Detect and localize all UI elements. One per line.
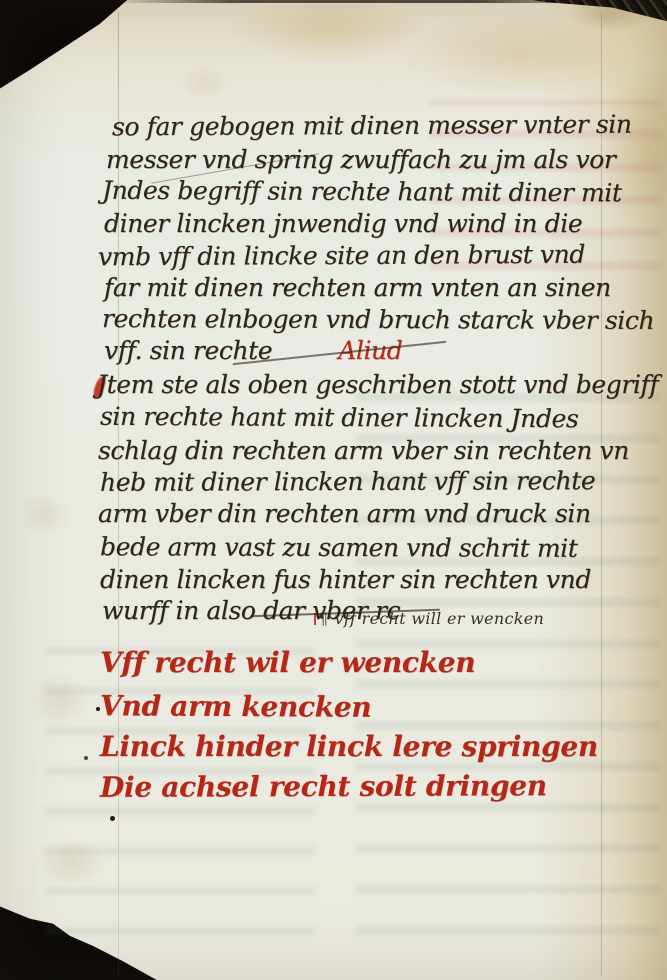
gloss-line: ¶vff recht will er wencken bbox=[314, 611, 544, 627]
ink-dot bbox=[96, 707, 100, 711]
binding-cord-top-right bbox=[519, 0, 667, 32]
text-line: rechten elnbogen vnd bruch starck vber s… bbox=[102, 305, 654, 336]
binding-shadow-top-left bbox=[0, 0, 136, 96]
page-top-edge-shadow bbox=[110, 0, 597, 3]
text-line: bede arm vast zu samen vnd schrit mit bbox=[100, 533, 578, 563]
text-line: Jtem ste als oben geschriben stott vnd b… bbox=[97, 371, 658, 400]
text-line: dinen lincken fus hinter sin rechten vnd bbox=[100, 566, 591, 595]
text-line: so far gebogen mit dinen messer vnter si… bbox=[112, 111, 632, 142]
text-line: arm vber din rechten arm vnd druck sin bbox=[98, 500, 591, 529]
text-line: sin rechte hant mit diner lincken Jndes bbox=[100, 403, 578, 434]
ink-dot bbox=[84, 756, 88, 760]
text-line: vmb vff din lincke site an den brust vnd bbox=[98, 241, 585, 272]
text-line: Jndes begriff sin rechte hant mit diner … bbox=[102, 177, 622, 208]
text-line: far mit dinen rechten arm vnten an sinen bbox=[104, 274, 611, 303]
verse-line: Vnd arm kencken bbox=[100, 691, 372, 723]
verse-line: Vff recht wil er wencken bbox=[100, 648, 475, 679]
verse-line: Linck hinder linck lere springen bbox=[100, 732, 598, 763]
binding-shadow-bottom-left bbox=[0, 898, 164, 980]
text-line: schlag din rechten arm vber sin rechten … bbox=[98, 437, 629, 466]
text-line: messer vnd spring zwuffach zu jm als vor bbox=[106, 146, 615, 175]
text-line: diner lincken jnwendig vnd wind in die bbox=[104, 210, 582, 239]
text-line: heb mit diner lincken hant vff sin recht… bbox=[100, 467, 595, 497]
ink-dot bbox=[110, 816, 115, 821]
paraph-red-accent bbox=[314, 613, 316, 625]
manuscript-page: so far gebogen mit dinen messer vnter si… bbox=[0, 0, 667, 980]
verse-line: Die achsel recht solt dringen bbox=[100, 771, 547, 803]
